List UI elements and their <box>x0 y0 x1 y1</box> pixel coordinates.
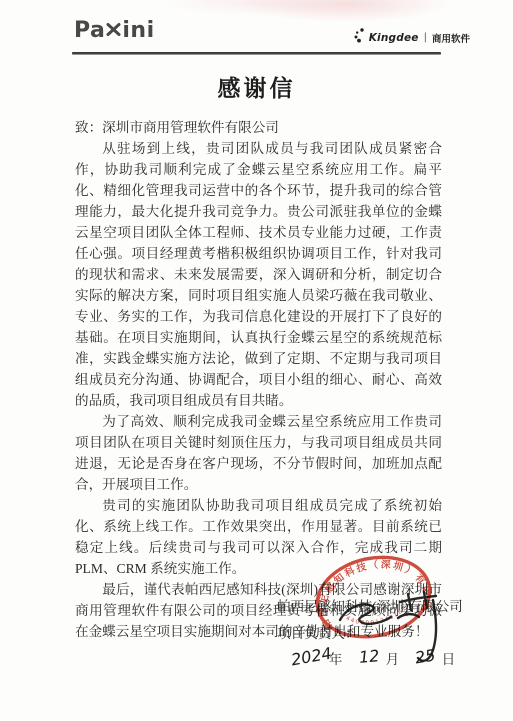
paxini-logo: Pa ini <box>74 20 155 42</box>
paragraph-2: 为了高效、顺利完成我司金蝶云星空系统应用工作贵司项目团队在项目关键时刻顶住压力，… <box>75 411 442 495</box>
paragraph-1: 从驻场到上线，贵司团队成员与我司团队成员紧密合作，协助我司顺利完成了金蝶云星空系… <box>75 138 442 411</box>
kingdee-dots-icon <box>354 28 365 47</box>
kingdee-divider: | <box>424 32 427 43</box>
kingdee-logo: Kingdee | 商用软件 <box>354 28 470 47</box>
paxini-logo-text-right: ini <box>122 20 154 42</box>
letter-title: 感谢信 <box>0 70 513 103</box>
kingdee-suffix: 商用软件 <box>432 31 470 45</box>
scanned-letter-page: Pa ini Kingdee | 商用软件 感谢信 <box>0 0 513 721</box>
letterhead: Pa ini Kingdee | 商用软件 <box>74 20 470 50</box>
paxini-x-icon <box>106 20 121 42</box>
header-divider-line <box>72 52 441 55</box>
handwritten-signature <box>330 590 482 678</box>
salutation-line: 致：深圳市商用管理软件有限公司 <box>75 117 442 138</box>
kingdee-wordmark: Kingdee <box>369 32 419 44</box>
paxini-logo-text-left: Pa <box>74 20 105 42</box>
